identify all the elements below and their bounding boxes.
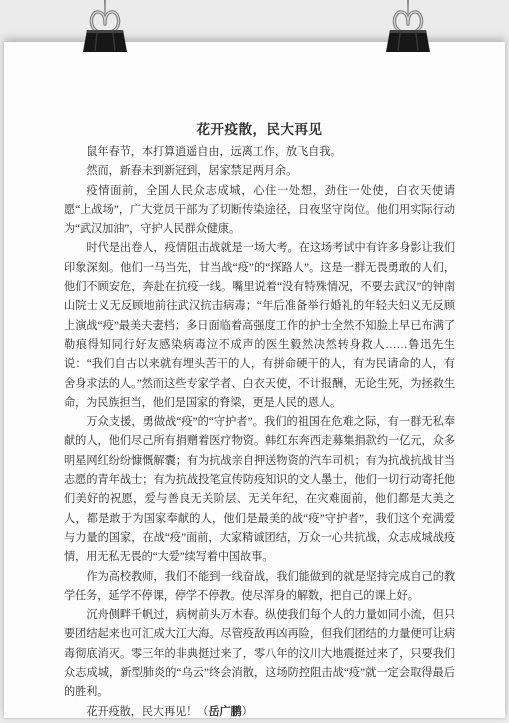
binder-clip-left-icon — [83, 6, 127, 54]
document-body: 花开疫散，民大再见 鼠年春节，本打算逍遥自由，远离工作，放飞自我。 然而，新春未… — [64, 120, 455, 722]
closing-line: 花开疫散，民大再见！（岳广鹏） — [64, 703, 455, 722]
document-paragraph: 万众支援，勇做战“疫”的“守护者”。我们的祖国在危难之际，有一群无私奉献的人，他… — [64, 413, 455, 567]
document-title: 花开疫散，民大再见 — [64, 120, 455, 140]
document-paragraph: 沉舟侧畔千帆过，病树前头万木春。纵使我们每个人的力量如同小流，但只要团结起来也可… — [64, 606, 455, 702]
document-paragraph: 然而，新春未到新冠到，居家禁足两月余。 — [64, 162, 455, 181]
paper-sheet: 花开疫散，民大再见 鼠年春节，本打算逍遥自由，远离工作，放飞自我。 然而，新春未… — [4, 42, 505, 718]
closing-paren: ） — [242, 706, 253, 718]
binder-clip-right-icon — [386, 6, 430, 54]
closing-text: 花开疫散，民大再见！（ — [86, 706, 208, 718]
document-paragraph: 时代是出卷人，疫情阻击战就是一场大考。在这场考试中有许多身影让我们印象深刻。他们… — [64, 239, 455, 413]
document-paragraph: 鼠年春节，本打算逍遥自由，远离工作，放飞自我。 — [64, 143, 455, 162]
author-name: 岳广鹏 — [208, 706, 241, 718]
document-paragraph: 作为高校教师，我们不能到一线奋战，我们能做到的就是坚持完成自己的教学任务，延学不… — [64, 568, 455, 607]
desk-background: 花开疫散，民大再见 鼠年春节，本打算逍遥自由，远离工作，放飞自我。 然而，新春未… — [0, 0, 509, 723]
document-paragraph: 疫情面前，全国人民众志成城，心住一处想，劲住一处使，白衣天使请愿“上战场”，广大… — [64, 182, 455, 240]
